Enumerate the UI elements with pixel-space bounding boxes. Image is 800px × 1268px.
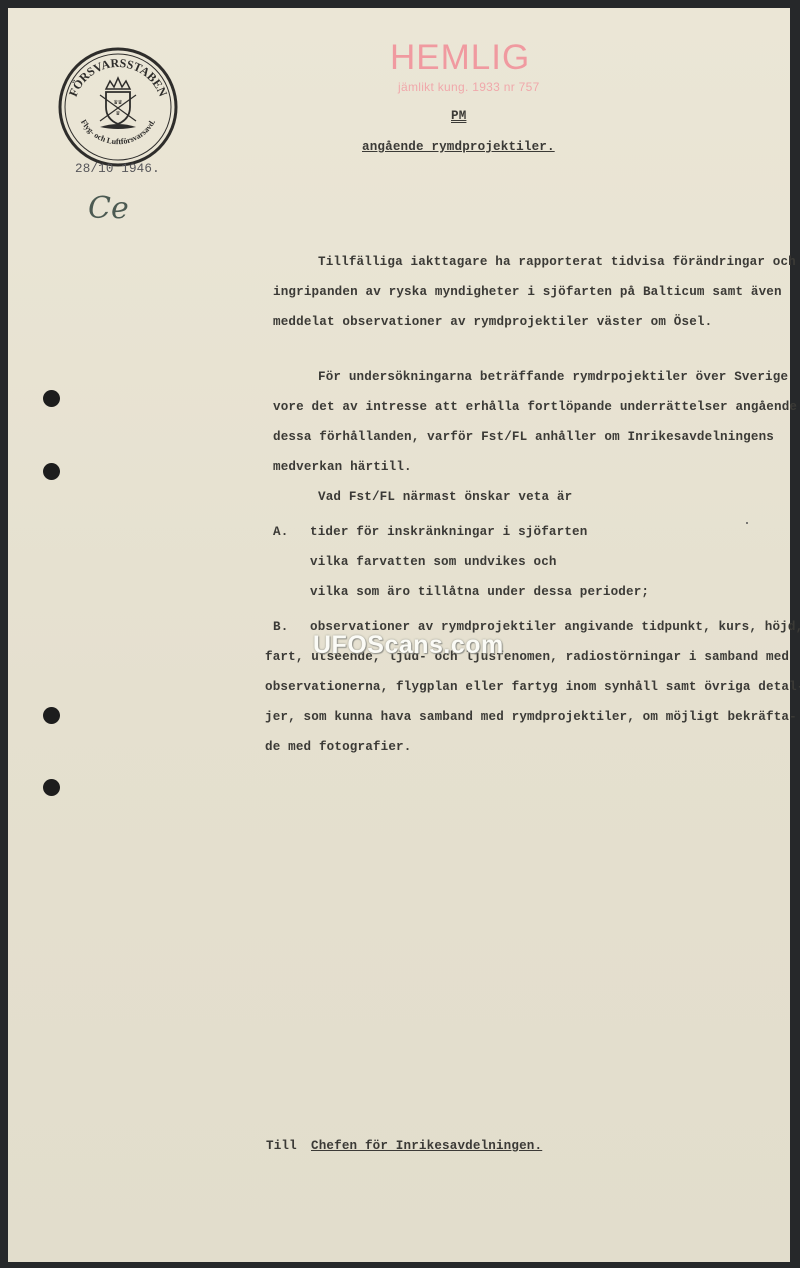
text-line: observationerna, flygplan eller fartyg i…: [265, 680, 800, 694]
recipient-prefix: Till: [266, 1139, 297, 1153]
classification-authority: jämlikt kung. 1933 nr 757: [398, 80, 540, 94]
list-marker: A.: [273, 525, 288, 539]
classification-stamp: HEMLIG: [390, 38, 530, 78]
document-type: PM: [451, 109, 466, 123]
svg-text:♛: ♛: [116, 110, 120, 118]
text-line: dessa förhållanden, varför Fst/FL anhåll…: [273, 430, 774, 444]
document-subject: angående rymdprojektiler.: [362, 140, 555, 154]
text-line: Tillfälliga iakttagare ha rapporterat ti…: [318, 255, 796, 269]
document-page: FÖRSVARSSTABEN Flyg- och Luftförsvarsavd…: [8, 8, 790, 1262]
paragraph-3: Vad Fst/FL närmast önskar veta är: [318, 490, 572, 504]
text-line: tider för inskränkningar i sjöfarten: [310, 525, 587, 539]
text-line: de med fotografier.: [265, 740, 411, 754]
punch-hole: [43, 390, 60, 407]
handwritten-initial: Ce: [88, 191, 129, 226]
text-line: medverkan härtill.: [273, 460, 412, 474]
text-line: meddelat observationer av rymdprojektile…: [273, 315, 712, 329]
text-line: För undersökningarna beträffande rymdrpo…: [318, 370, 788, 384]
svg-text:Flyg- och Luftförsvarsavd.: Flyg- och Luftförsvarsavd.: [79, 118, 157, 146]
text-line: ingripanden av ryska myndigheter i sjöfa…: [273, 285, 782, 299]
forsvarsstaben-seal-icon: FÖRSVARSSTABEN Flyg- och Luftförsvarsavd…: [56, 45, 180, 169]
paper-speck: [746, 522, 748, 524]
list-marker: B.: [273, 620, 288, 634]
text-line: jer, som kunna hava samband med rymdproj…: [265, 710, 797, 724]
document-date: 28/10 1946.: [75, 162, 160, 176]
punch-hole: [43, 779, 60, 796]
punch-hole: [43, 463, 60, 480]
recipient-name: Chefen för Inrikesavdelningen.: [311, 1139, 542, 1153]
watermark: UFOScans.com: [313, 631, 504, 660]
text-line: vore det av intresse att erhålla fortlöp…: [273, 400, 797, 414]
text-line: vilka farvatten som undvikes och: [310, 555, 557, 569]
text-line: vilka som äro tillåtna under dessa perio…: [310, 585, 649, 599]
punch-hole: [43, 707, 60, 724]
